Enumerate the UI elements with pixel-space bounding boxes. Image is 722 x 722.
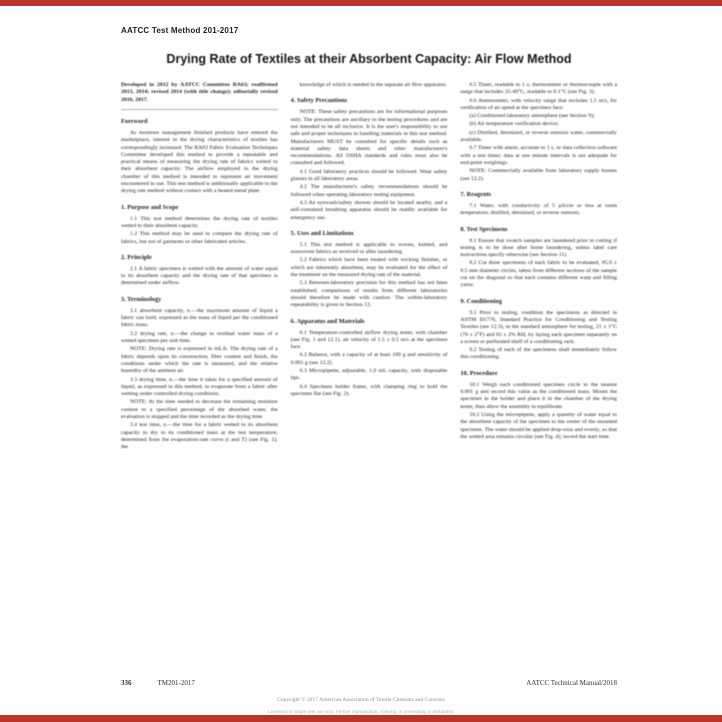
body-paragraph: 6.5 Timer, readable to 1 s; thermometer … bbox=[460, 82, 617, 97]
body-paragraph: 5.1 This test method is applicable to wo… bbox=[291, 242, 448, 257]
bottom-accent-bar bbox=[0, 715, 722, 722]
document-page: AATCC Test Method 201-2017 Drying Rate o… bbox=[0, 0, 722, 722]
body-paragraph: (a) Conditioned laboratory atmosphere (s… bbox=[460, 113, 617, 120]
column-2: knowledge of which is needed in the sepa… bbox=[291, 82, 448, 452]
body-paragraph: 5.2 Fabrics which have been treated with… bbox=[291, 257, 448, 279]
section-heading: 10. Procedure bbox=[460, 370, 617, 378]
body-paragraph: 2.1 A fabric specimen is wetted with the… bbox=[121, 266, 278, 288]
section-heading: 7. Reagents bbox=[460, 191, 617, 199]
body-paragraph: 4.3 An eyewash/safety shower should be l… bbox=[291, 200, 448, 222]
body-paragraph: 1.1 This test method determines the dryi… bbox=[121, 216, 278, 231]
column-1: Developed in 2012 by AATCC Committee RA6… bbox=[121, 82, 278, 452]
footer-method-code: TM201-2017 bbox=[158, 679, 195, 687]
body-paragraph: (c) Distilled, deionized, or reverse osm… bbox=[460, 130, 617, 145]
top-accent-bar bbox=[0, 0, 722, 6]
body-paragraph: As moisture management finished products… bbox=[121, 130, 278, 196]
page-title: Drying Rate of Textiles at their Absorbe… bbox=[121, 52, 617, 66]
section-heading: 5. Uses and Limitations bbox=[291, 230, 448, 238]
body-paragraph: knowledge of which is needed in the sepa… bbox=[291, 82, 448, 89]
copyright-line: Copyright © 2017 American Association of… bbox=[0, 697, 722, 703]
body-paragraph: 7.1 Water, with conductivity of 5 µS/cm … bbox=[460, 203, 617, 218]
body-paragraph: 3.1 absorbent capacity, n.—the maximum a… bbox=[121, 308, 278, 330]
body-paragraph: 9.2 Testing of each of the specimens sha… bbox=[460, 347, 617, 362]
body-paragraph: 6.1 Temperature-controlled airflow dryin… bbox=[291, 330, 448, 352]
column-3: 6.5 Timer, readable to 1 s; thermometer … bbox=[460, 82, 617, 452]
body-paragraph: 6.6 Anemometer, with velocity range that… bbox=[460, 98, 617, 113]
page-content: AATCC Test Method 201-2017 Drying Rate o… bbox=[121, 26, 617, 452]
body-paragraph: 4.2 The manufacturer's safety recommenda… bbox=[291, 184, 448, 199]
doc-header: AATCC Test Method 201-2017 bbox=[121, 26, 617, 35]
body-paragraph: NOTE: These safety precautions are for i… bbox=[291, 109, 448, 167]
body-paragraph: 3.3 drying time, n.—the time it takes fo… bbox=[121, 377, 278, 399]
body-paragraph: 9.1 Prior to testing, condition the spec… bbox=[460, 310, 617, 346]
body-paragraph: 6.2 Balance, with a capacity of at least… bbox=[291, 352, 448, 367]
section-heading: 6. Apparatus and Materials bbox=[291, 318, 448, 326]
body-paragraph: 10.1 Weigh each conditioned specimen cir… bbox=[460, 382, 617, 411]
body-paragraph: 6.4 Specimen holder frame, with clamping… bbox=[291, 384, 448, 399]
section-heading: Foreword bbox=[121, 118, 278, 126]
body-paragraph: 4.1 Good laboratory practices should be … bbox=[291, 169, 448, 184]
section-heading: 2. Principle bbox=[121, 254, 278, 262]
body-paragraph: NOTE: Drying rate is expressed in mL/h. … bbox=[121, 346, 278, 375]
section-heading: 4. Safety Precautions bbox=[291, 97, 448, 105]
body-paragraph: 3.4 test time, n.—the time for a fabric … bbox=[121, 422, 278, 451]
body-paragraph: 5.3 Between-laboratory precision for thi… bbox=[291, 280, 448, 309]
footer-manual-title: AATCC Technical Manual/2018 bbox=[526, 679, 617, 687]
body-paragraph: NOTE: At the time needed to decrease the… bbox=[121, 399, 278, 421]
body-paragraph: 1.2 This method may be used to compare t… bbox=[121, 231, 278, 246]
body-paragraph: 6.7 Timer with alarm, accurate to 1 s, o… bbox=[460, 145, 617, 167]
section-heading: 8. Test Specimens bbox=[460, 226, 617, 234]
body-paragraph: NOTE: Commercially available from labora… bbox=[460, 168, 617, 183]
page-footer: 336 TM201-2017 AATCC Technical Manual/20… bbox=[121, 679, 617, 687]
body-paragraph: 6.3 Micropipette, adjustable, 1.0 mL cap… bbox=[291, 368, 448, 383]
body-paragraph: (b) Air temperature verification device; bbox=[460, 121, 617, 128]
body-paragraph: 8.1 Ensure that swatch samples are laund… bbox=[460, 238, 617, 260]
footer-page-number: 336 bbox=[121, 679, 132, 687]
body-paragraph: 10.2 Using the micropipette, apply a qua… bbox=[460, 412, 617, 441]
section-heading: 1. Purpose and Scope bbox=[121, 204, 278, 212]
body-paragraph: 8.2 Cut three specimens of each fabric t… bbox=[460, 260, 617, 289]
body-paragraph: 3.2 drying rate, n.—the change in residu… bbox=[121, 331, 278, 346]
body-paragraph: Developed in 2012 by AATCC Committee RA6… bbox=[121, 82, 278, 110]
three-column-body: Developed in 2012 by AATCC Committee RA6… bbox=[121, 82, 617, 452]
section-heading: 3. Terminology bbox=[121, 296, 278, 304]
section-heading: 9. Conditioning bbox=[460, 298, 617, 306]
